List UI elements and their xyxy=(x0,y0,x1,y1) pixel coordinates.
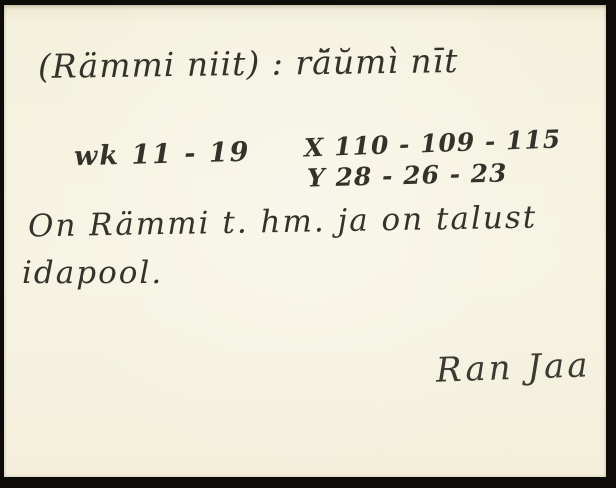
scanned-card-image: (Rämmi niit) : rä̆ŭmì nīt wk 11 - 19 X 1… xyxy=(0,0,616,488)
index-card: (Rämmi niit) : rä̆ŭmì nīt wk 11 - 19 X 1… xyxy=(4,5,606,477)
place-name-heading: (Rämmi niit) : rä̆ŭmì nīt xyxy=(38,44,459,83)
collector-signature: Ran Jaa xyxy=(435,348,591,387)
map-grid-reference: wk 11 - 19 xyxy=(74,139,251,171)
note-line-1: On Rämmi t. hm. ja on talust xyxy=(28,203,538,243)
note-line-2: idapool. xyxy=(22,258,163,289)
x-coordinates: X 110 - 109 - 115 xyxy=(304,127,562,161)
y-coordinates: Y 28 - 26 - 23 xyxy=(307,160,508,190)
